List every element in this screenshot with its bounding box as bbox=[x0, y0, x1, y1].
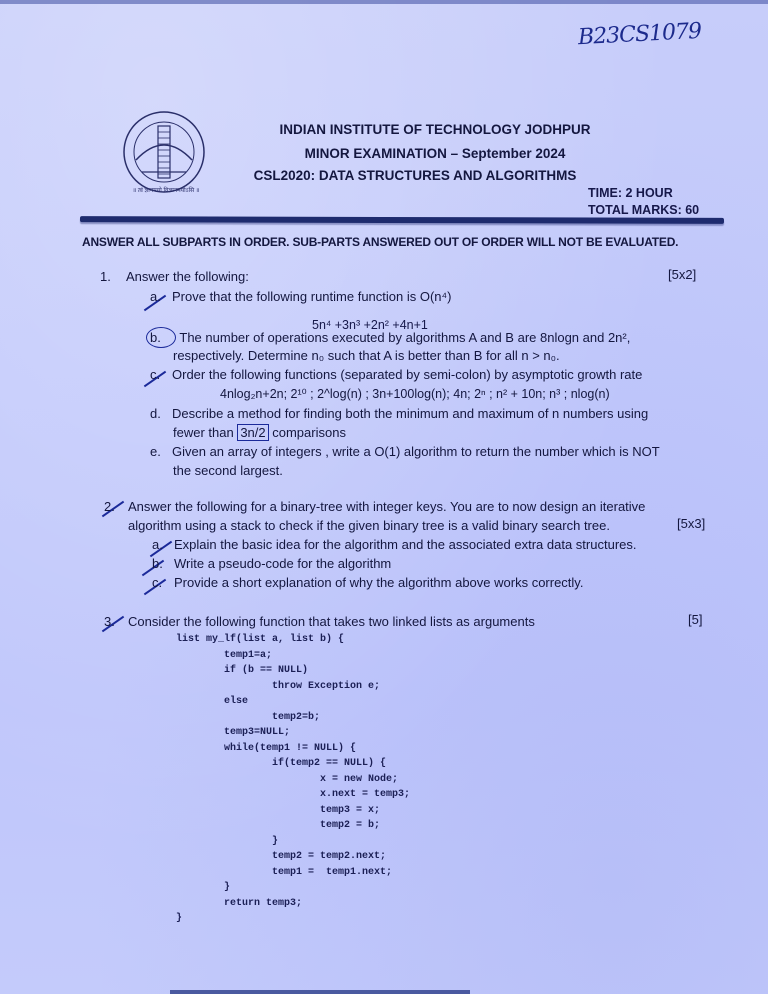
code-line: list my_lf(list a, list b) { bbox=[176, 632, 410, 648]
subpart-label: e. bbox=[150, 442, 172, 461]
q1c-functions: 4nlog₂n+2n; 2¹⁰ ; 2^log(n) ; 3n+100log(n… bbox=[220, 385, 610, 404]
code-line: temp3 = x; bbox=[176, 803, 410, 819]
code-line: x = new Node; bbox=[176, 772, 410, 788]
code-line: throw Exception e; bbox=[176, 679, 410, 695]
code-line: temp2=b; bbox=[176, 710, 410, 726]
subpart-label-circled: b. bbox=[146, 327, 176, 348]
code-line: return temp3; bbox=[176, 896, 410, 912]
code-line: temp1=a; bbox=[176, 648, 410, 664]
q1d-line2: fewer than 3n/2 comparisons bbox=[173, 423, 346, 442]
q3-marks: [5] bbox=[688, 612, 702, 627]
subpart-text: Order the following functions (separated… bbox=[172, 367, 642, 382]
code-line: temp2 = b; bbox=[176, 818, 410, 834]
subpart-text: Provide a short explanation of why the a… bbox=[174, 575, 583, 590]
code-line: } bbox=[176, 834, 410, 850]
code-line: else bbox=[176, 694, 410, 710]
subpart-text: Given an array of integers , write a O(1… bbox=[172, 444, 660, 459]
text: fewer than bbox=[173, 425, 237, 440]
subpart-text: Explain the basic idea for the algorithm… bbox=[174, 537, 636, 552]
instructions: ANSWER ALL SUBPARTS IN ORDER. SUB-PARTS … bbox=[82, 235, 722, 249]
handwritten-roll-number: B23CS1079 bbox=[577, 19, 701, 50]
code-line: } bbox=[176, 911, 410, 927]
q1-subpart-a: a.Prove that the following runtime funct… bbox=[150, 287, 451, 306]
q2-text-line1: Answer the following for a binary-tree w… bbox=[128, 497, 645, 516]
q1-marks: [5x2] bbox=[668, 267, 696, 282]
subpart-label: c. bbox=[152, 573, 174, 592]
q2-number: 2. bbox=[104, 497, 115, 516]
q2-marks: [5x3] bbox=[677, 516, 705, 531]
exam-time: TIME: 2 HOUR bbox=[588, 186, 673, 200]
q2-subpart-a: a.Explain the basic idea for the algorit… bbox=[152, 535, 636, 554]
code-line: if (b == NULL) bbox=[176, 663, 410, 679]
q2-text-line2: algorithm using a stack to check if the … bbox=[128, 516, 610, 535]
exam-name: MINOR EXAMINATION – September 2024 bbox=[200, 146, 670, 161]
q1e-line2: the second largest. bbox=[173, 461, 283, 480]
subpart-text: The number of operations executed by alg… bbox=[179, 330, 630, 345]
subpart-text: Prove that the following runtime functio… bbox=[172, 289, 451, 304]
subpart-label: a. bbox=[152, 535, 174, 554]
subpart-text: Write a pseudo-code for the algorithm bbox=[174, 556, 391, 571]
institute-name: INDIAN INSTITUTE OF TECHNOLOGY JODHPUR bbox=[200, 122, 670, 137]
header-divider bbox=[80, 216, 724, 224]
page-top-edge bbox=[0, 0, 768, 4]
code-line: while(temp1 != NULL) { bbox=[176, 741, 410, 757]
q1-subpart-d: d.Describe a method for finding both the… bbox=[150, 404, 648, 423]
q1-subpart-e: e.Given an array of integers , write a O… bbox=[150, 442, 660, 461]
q1b-line2: respectively. Determine n₀ such that A i… bbox=[173, 346, 560, 365]
q1-text: Answer the following: bbox=[126, 267, 249, 286]
subpart-label: c. bbox=[150, 365, 172, 384]
q2-subpart-b: b.Write a pseudo-code for the algorithm bbox=[152, 554, 391, 573]
page-bottom-edge bbox=[170, 990, 470, 994]
q3-number: 3. bbox=[104, 612, 115, 631]
code-line: temp2 = temp2.next; bbox=[176, 849, 410, 865]
subpart-label: a. bbox=[150, 287, 172, 306]
q2-subpart-c: c.Provide a short explanation of why the… bbox=[152, 573, 583, 592]
boxed-text: 3n/2 bbox=[237, 424, 268, 441]
code-line: } bbox=[176, 880, 410, 896]
course-title: CSL2020: DATA STRUCTURES AND ALGORITHMS bbox=[180, 168, 650, 183]
q1-subpart-c: c.Order the following functions (separat… bbox=[150, 365, 642, 384]
code-listing: list my_lf(list a, list b) { temp1=a; if… bbox=[176, 632, 410, 927]
code-line: x.next = temp3; bbox=[176, 787, 410, 803]
subpart-label: b. bbox=[152, 554, 174, 573]
code-line: temp3=NULL; bbox=[176, 725, 410, 741]
q1-subpart-b: b. The number of operations executed by … bbox=[146, 327, 706, 348]
code-line: temp1 = temp1.next; bbox=[176, 865, 410, 881]
q3-text: Consider the following function that tak… bbox=[128, 612, 535, 631]
text: comparisons bbox=[269, 425, 346, 440]
subpart-label: d. bbox=[150, 404, 172, 423]
logo-motto: ॥ त्वं ज्ञानमयो विज्ञानमयोऽसि ॥ bbox=[116, 186, 216, 194]
total-marks: TOTAL MARKS: 60 bbox=[588, 203, 699, 217]
code-line: if(temp2 == NULL) { bbox=[176, 756, 410, 772]
q1-number: 1. bbox=[100, 267, 111, 286]
subpart-text: Describe a method for finding both the m… bbox=[172, 406, 648, 421]
